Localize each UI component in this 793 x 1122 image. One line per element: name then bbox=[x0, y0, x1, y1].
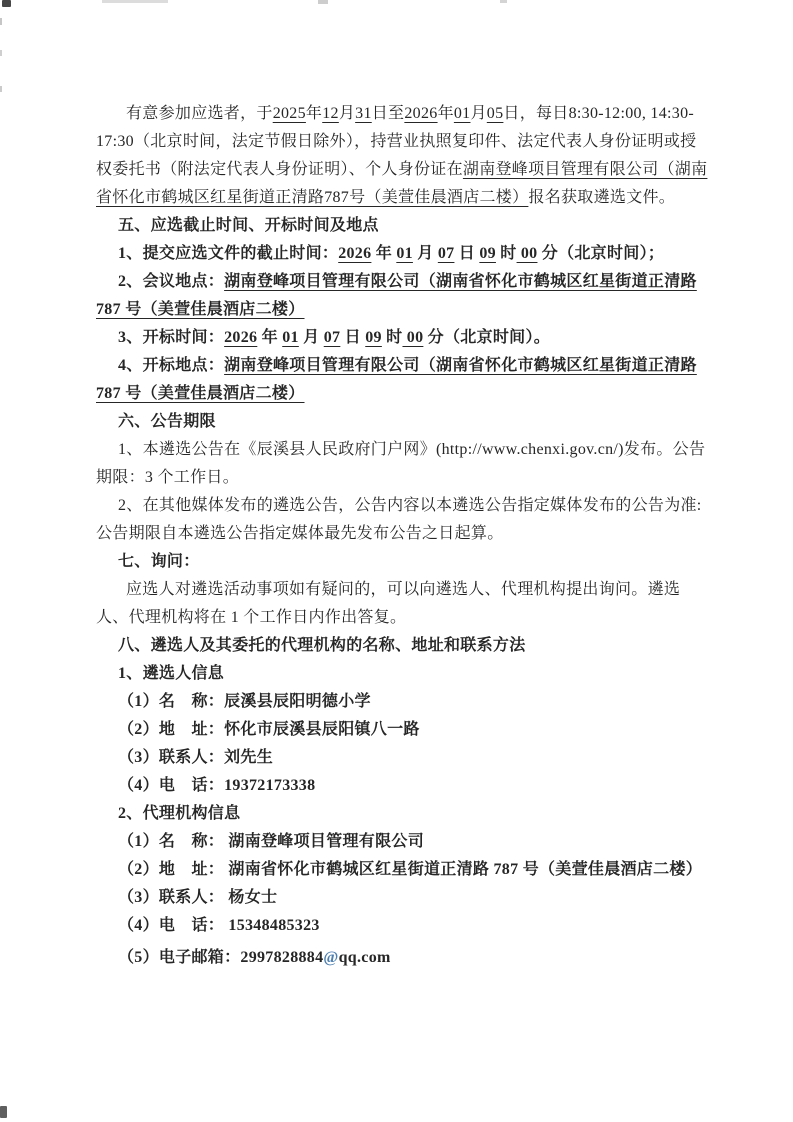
document-body: 有意参加应选者，于2025年12月31日至2026年01月05日，每日8:30-… bbox=[96, 100, 711, 972]
agency-phone-line: （4）电 话： 15348485323 bbox=[96, 912, 711, 940]
text-segment: 3、开标时间： bbox=[118, 329, 224, 346]
text-segment: 2、代理机构信息 bbox=[118, 805, 240, 822]
text-segment: 月 bbox=[339, 105, 355, 122]
underlined-text: 2026 bbox=[338, 245, 371, 262]
text-segment: 八、遴选人及其委托的代理机构的名称、地址和联系方法 bbox=[118, 637, 526, 654]
selector-phone-line: （4）电 话：19372173338 bbox=[96, 772, 711, 800]
underlined-text: 2026 bbox=[404, 105, 437, 122]
underlined-text: 01 bbox=[396, 245, 413, 262]
agency-contact-line: （3）联系人： 杨女士 bbox=[96, 884, 711, 912]
text-segment: 分（北京时间）； bbox=[537, 245, 664, 262]
section-8-heading: 八、遴选人及其委托的代理机构的名称、地址和联系方法 bbox=[96, 632, 711, 660]
text-segment: 报名获取遴选文件。 bbox=[528, 189, 675, 206]
text-segment: 日 bbox=[454, 245, 479, 262]
text-segment: 六、公告期限 bbox=[118, 413, 216, 430]
text-segment: 2、会议地点： bbox=[118, 273, 224, 290]
underlined-text: 31 bbox=[355, 105, 372, 122]
text-segment: 日至 bbox=[372, 105, 405, 122]
text-segment: 1、提交应选文件的截止时间： bbox=[118, 245, 338, 262]
text-segment: qq.com bbox=[339, 949, 391, 966]
underlined-text: 07 bbox=[324, 329, 341, 346]
underlined-text: 00 bbox=[402, 329, 423, 346]
text-segment: 五、应选截止时间、开标时间及地点 bbox=[118, 217, 379, 234]
text-segment: 1、遴选人信息 bbox=[118, 665, 224, 682]
text-segment: 年 bbox=[257, 329, 282, 346]
agency-address-line: （2）地 址： 湖南省怀化市鹤城区红星街道正清路 787 号（美萱佳晨酒店二楼） bbox=[96, 856, 711, 884]
scan-edge-speck-1 bbox=[0, 18, 2, 25]
text-segment: （2）地 址： 湖南省怀化市鹤城区红星街道正清路 787 号（美萱佳晨酒店二楼） bbox=[118, 861, 702, 878]
text-segment: （4）电 话：19372173338 bbox=[118, 777, 315, 794]
selector-info-heading: 1、遴选人信息 bbox=[96, 660, 711, 688]
scan-edge-speck-3 bbox=[0, 86, 2, 92]
text-segment: 时 bbox=[496, 245, 517, 262]
scan-smudge-top-3 bbox=[500, 0, 507, 3]
announcement-other-media-item: 2、在其他媒体发布的遴选公告，公告内容以本遴选公告指定媒体发布的公告为准:公告期… bbox=[96, 492, 711, 548]
text-segment: 日 bbox=[340, 329, 365, 346]
announcement-publish-item: 1、本遴选公告在《辰溪县人民政府门户网》(http://www.chenxi.g… bbox=[96, 436, 711, 492]
section-7-heading: 七、询问： bbox=[96, 548, 711, 576]
meeting-location-item: 2、会议地点：湖南登峰项目管理有限公司（湖南省怀化市鹤城区红星街道正清路 787… bbox=[96, 268, 711, 324]
para-inquiry: 应选人对遴选活动事项如有疑问的，可以向遴选人、代理机构提出询问。遴选人、代理机构… bbox=[96, 576, 711, 632]
scan-smudge-top-1 bbox=[102, 0, 168, 3]
underlined-text: 07 bbox=[438, 245, 455, 262]
underlined-text: 09 bbox=[479, 245, 496, 262]
scan-corner-mark-top-left bbox=[2, 0, 11, 7]
selector-name-line: （1）名 称：辰溪县辰阳明德小学 bbox=[96, 688, 711, 716]
text-segment: 月 bbox=[413, 245, 438, 262]
text-segment: 时 bbox=[382, 329, 403, 346]
underlined-text: 00 bbox=[517, 245, 538, 262]
underlined-text: 2026 bbox=[224, 329, 257, 346]
text-segment: （5）电子邮箱：2997828884 bbox=[118, 949, 323, 966]
text-segment: （3）联系人：刘先生 bbox=[118, 749, 273, 766]
text-segment: （4）电 话： 15348485323 bbox=[118, 917, 320, 934]
text-segment: 1、本遴选公告在《辰溪县人民政府门户网》(http://www.chenxi.g… bbox=[96, 441, 705, 486]
underlined-text: 2025 bbox=[273, 105, 306, 122]
section-6-heading: 六、公告期限 bbox=[96, 408, 711, 436]
agency-email-line: （5）电子邮箱：2997828884@qq.com bbox=[96, 944, 711, 972]
agency-name-line: （1）名 称： 湖南登峰项目管理有限公司 bbox=[96, 828, 711, 856]
selector-address-line: （2）地 址：怀化市辰溪县辰阳镇八一路 bbox=[96, 716, 711, 744]
text-segment: 七、询问： bbox=[118, 553, 200, 570]
text-segment: 月 bbox=[299, 329, 324, 346]
underlined-text: 12 bbox=[322, 105, 339, 122]
text-segment: 4、开标地点： bbox=[118, 357, 224, 374]
text-segment: （1）名 称：辰溪县辰阳明德小学 bbox=[118, 693, 371, 710]
text-segment: （2）地 址：怀化市辰溪县辰阳镇八一路 bbox=[118, 721, 420, 738]
underlined-text: 01 bbox=[454, 105, 471, 122]
underlined-text: 05 bbox=[487, 105, 504, 122]
agency-info-heading: 2、代理机构信息 bbox=[96, 800, 711, 828]
selector-contact-line: （3）联系人：刘先生 bbox=[96, 744, 711, 772]
text-segment: 年 bbox=[438, 105, 454, 122]
text-segment: （3）联系人： 杨女士 bbox=[118, 889, 277, 906]
para-application-instructions: 有意参加应选者，于2025年12月31日至2026年01月05日，每日8:30-… bbox=[96, 100, 711, 212]
text-segment: （1）名 称： 湖南登峰项目管理有限公司 bbox=[118, 833, 424, 850]
text-segment: 年 bbox=[371, 245, 396, 262]
text-segment: 月 bbox=[470, 105, 486, 122]
email-at-symbol: @ bbox=[323, 949, 338, 966]
text-segment: 2、在其他媒体发布的遴选公告，公告内容以本遴选公告指定媒体发布的公告为准:公告期… bbox=[96, 497, 702, 542]
text-segment: 分（北京时间）。 bbox=[423, 329, 550, 346]
scan-edge-speck-2 bbox=[0, 50, 2, 56]
scan-smudge-top-2 bbox=[318, 0, 328, 4]
underlined-text: 01 bbox=[282, 329, 299, 346]
text-segment: 应选人对遴选活动事项如有疑问的，可以向遴选人、代理机构提出询问。遴选人、代理机构… bbox=[96, 581, 680, 626]
section-5-heading: 五、应选截止时间、开标时间及地点 bbox=[96, 212, 711, 240]
scan-corner-mark-bottom-left bbox=[0, 1106, 7, 1118]
underlined-text: 09 bbox=[365, 329, 382, 346]
bid-opening-time-item: 3、开标时间：2026 年 01 月 07 日 09 时 00 分（北京时间）。 bbox=[96, 324, 711, 352]
text-segment: 年 bbox=[306, 105, 322, 122]
text-segment: 有意参加应选者，于 bbox=[126, 105, 273, 122]
submission-deadline-item: 1、提交应选文件的截止时间：2026 年 01 月 07 日 09 时 00 分… bbox=[96, 240, 711, 268]
bid-opening-location-item: 4、开标地点：湖南登峰项目管理有限公司（湖南省怀化市鹤城区红星街道正清路 787… bbox=[96, 352, 711, 408]
